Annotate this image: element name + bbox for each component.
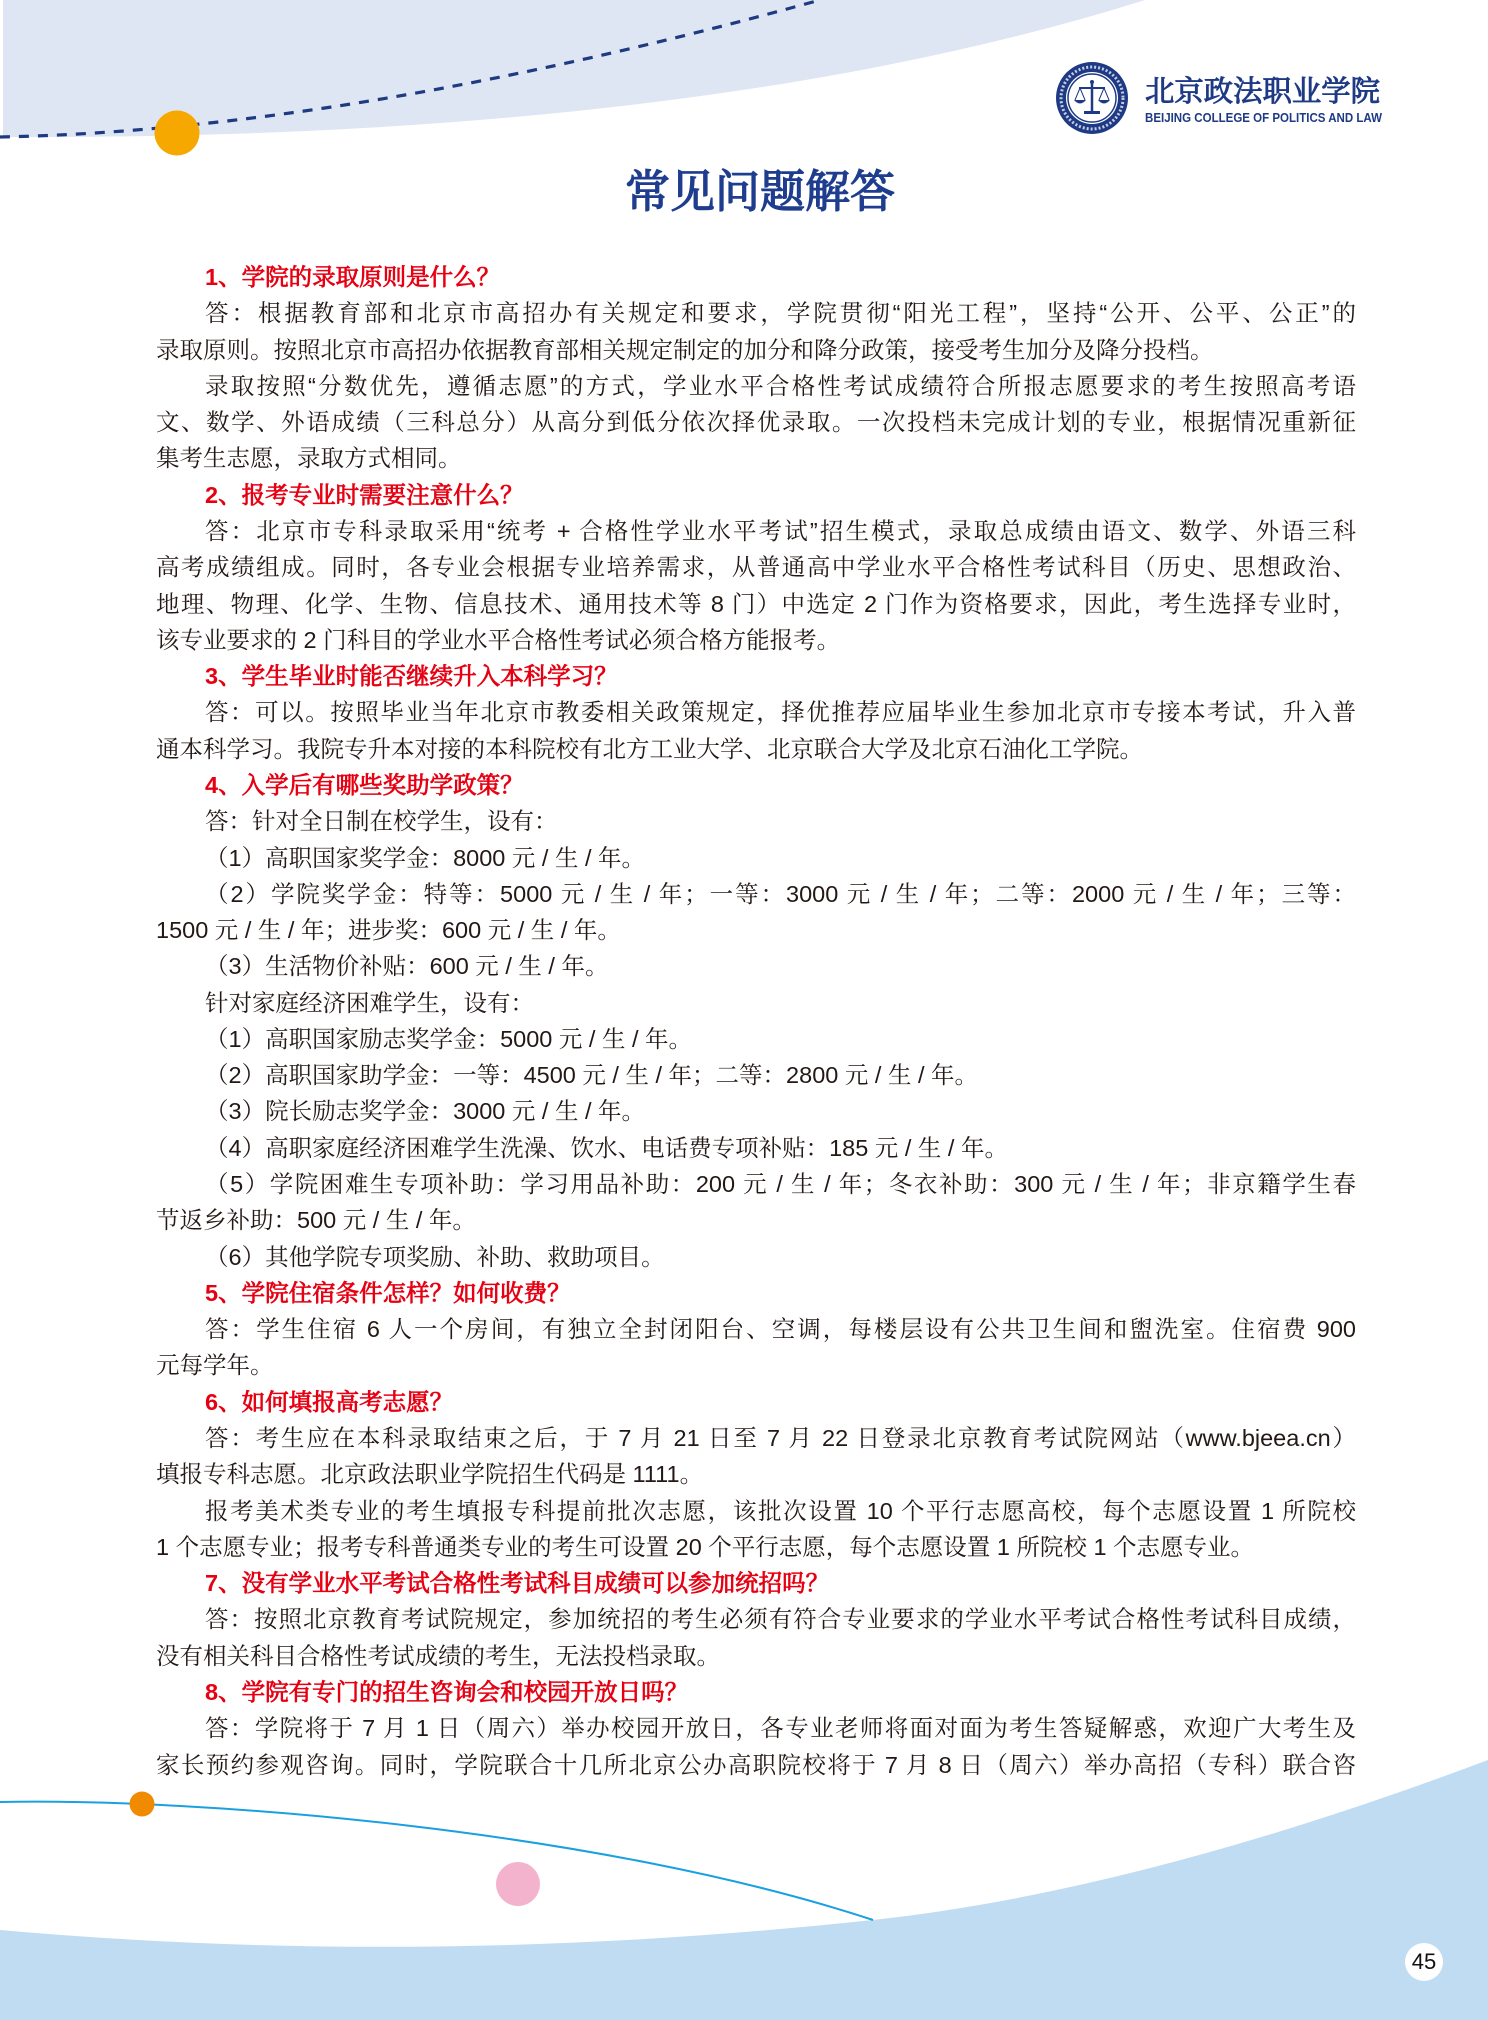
- bottom-wave-shape: [0, 1760, 1488, 2020]
- answer-line: 元每学年。: [156, 1347, 1356, 1383]
- faq-item: 3、学生毕业时能否继续升入本科学习？ 答：可以。按照毕业当年北京市教委相关政策规…: [156, 658, 1356, 767]
- bottom-orange-dot: [130, 1792, 155, 1817]
- scholarship-item: （1）高职国家奖学金：8000 元 / 生 / 年。: [156, 840, 1356, 876]
- faq-item: 5、学院住宿条件怎样？如何收费？ 答：学生住宿 6 人一个房间，有独立全封闭阳台…: [156, 1275, 1356, 1384]
- question-heading: 6、如何填报高考志愿？: [156, 1384, 1356, 1420]
- question-heading: 4、入学后有哪些奖助学政策？: [156, 767, 1356, 803]
- answer-line: 集考生志愿，录取方式相同。: [156, 440, 1356, 476]
- scholarship-item: （2）学院奖学金：特等：5000 元 / 生 / 年；一等：3000 元 / 生…: [156, 876, 1356, 912]
- aid-item: （6）其他学院专项奖励、补助、救助项目。: [156, 1239, 1356, 1275]
- bottom-thin-curve: [0, 1802, 873, 1920]
- answer-line: 录取原则。按照北京市高招办依据教育部相关规定制定的加分和降分政策，接受考生加分及…: [156, 332, 1356, 368]
- aid-item: （3）院长励志奖学金：3000 元 / 生 / 年。: [156, 1093, 1356, 1129]
- scholarship-item: （3）生活物价补贴：600 元 / 生 / 年。: [156, 948, 1356, 984]
- page-number: 45: [1405, 1943, 1443, 1981]
- answer-line: 地理、物理、化学、生物、信息技术、通用技术等 8 门）中选定 2 门作为资格要求…: [156, 586, 1356, 622]
- answer-line: 报考美术类专业的考生填报专科提前批次志愿，该批次设置 10 个平行志愿高校，每个…: [156, 1493, 1356, 1529]
- answer-line: 文、数学、外语成绩（三科总分）从高分到低分依次择优录取。一次投档未完成计划的专业…: [156, 404, 1356, 440]
- answer-line: 该专业要求的 2 门科目的学业水平合格性考试必须合格方能报考。: [156, 622, 1356, 658]
- answer-line: 没有相关科目合格性考试成绩的考生，无法投档录取。: [156, 1638, 1356, 1674]
- answer-line: 高考成绩组成。同时，各专业会根据专业培养需求，从普通高中学业水平合格性考试科目（…: [156, 549, 1356, 585]
- answer-line: 答：北京市专科录取采用“统考 + 合格性学业水平考试”招生模式，录取总成绩由语文…: [156, 513, 1356, 549]
- question-heading: 3、学生毕业时能否继续升入本科学习？: [156, 658, 1356, 694]
- answer-line: 答：学生住宿 6 人一个房间，有独立全封闭阳台、空调，每楼层设有公共卫生间和盥洗…: [156, 1311, 1356, 1347]
- aid-item: 节返乡补助：500 元 / 生 / 年。: [156, 1202, 1356, 1238]
- answer-line: 1 个志愿专业；报考专科普通类专业的考生可设置 20 个平行志愿，每个志愿设置 …: [156, 1529, 1356, 1565]
- faq-item: 6、如何填报高考志愿？ 答：考生应在本科录取结束之后，于 7 月 21 日至 7…: [156, 1384, 1356, 1565]
- page-title: 常见问题解答: [600, 169, 920, 214]
- question-heading: 8、学院有专门的招生咨询会和校园开放日吗？: [156, 1674, 1356, 1710]
- faq-content: 1、学院的录取原则是什么？ 答：根据教育部和北京市高招办有关规定和要求，学院贯彻…: [156, 259, 1356, 1783]
- faq-item: 1、学院的录取原则是什么？ 答：根据教育部和北京市高招办有关规定和要求，学院贯彻…: [156, 259, 1356, 477]
- pink-dot: [496, 1862, 540, 1906]
- faq-item: 2、报考专业时需要注意什么？ 答：北京市专科录取采用“统考 + 合格性学业水平考…: [156, 477, 1356, 658]
- answer-line: 家长预约参观咨询。同时，学院联合十几所北京公办高职院校将于 7 月 8 日（周六…: [156, 1747, 1356, 1783]
- question-heading: 2、报考专业时需要注意什么？: [156, 477, 1356, 513]
- aid-item: （2）高职国家助学金：一等：4500 元 / 生 / 年；二等：2800 元 /…: [156, 1057, 1356, 1093]
- answer-line: 通本科学习。我院专升本对接的本科院校有北方工业大学、北京联合大学及北京石油化工学…: [156, 731, 1356, 767]
- college-logo: 北京政法职业学院 BEIJING COLLEGE OF POLITICS AND…: [1050, 55, 1420, 145]
- scholarship-item: 1500 元 / 生 / 年；进步奖：600 元 / 生 / 年。: [156, 912, 1356, 948]
- answer-line: 答：按照北京教育考试院规定，参加统招的考生必须有符合专业要求的学业水平考试合格性…: [156, 1601, 1356, 1637]
- scales-of-justice-emblem-icon: [1056, 62, 1128, 134]
- answer-line: 针对家庭经济困难学生，设有：: [156, 985, 1356, 1021]
- faq-item: 7、没有学业水平考试合格性考试科目成绩可以参加统招吗？ 答：按照北京教育考试院规…: [156, 1565, 1356, 1674]
- answer-line: 答：可以。按照毕业当年北京市教委相关政策规定，择优推荐应届毕业生参加北京市专接本…: [156, 694, 1356, 730]
- answer-line: 答：学院将于 7 月 1 日（周六）举办校园开放日，各专业老师将面对面为考生答疑…: [156, 1710, 1356, 1746]
- answer-line: 答：考生应在本科录取结束之后，于 7 月 21 日至 7 月 22 日登录北京教…: [156, 1420, 1356, 1456]
- question-heading: 5、学院住宿条件怎样？如何收费？: [156, 1275, 1356, 1311]
- answer-line: 填报专科志愿。北京政法职业学院招生代码是 1111。: [156, 1456, 1356, 1492]
- answer-line: 答：根据教育部和北京市高招办有关规定和要求，学院贯彻“阳光工程”，坚持“公开、公…: [156, 295, 1356, 331]
- college-name-en: BEIJING COLLEGE OF POLITICS AND LAW: [1145, 110, 1383, 125]
- question-heading: 7、没有学业水平考试合格性考试科目成绩可以参加统招吗？: [156, 1565, 1356, 1601]
- top-orange-dot: [155, 111, 200, 156]
- faq-item: 4、入学后有哪些奖助学政策？ 答：针对全日制在校学生，设有： （1）高职国家奖学…: [156, 767, 1356, 1275]
- college-name-cn: 北京政法职业学院: [1145, 74, 1380, 108]
- aid-item: （4）高职家庭经济困难学生洗澡、饮水、电话费专项补贴：185 元 / 生 / 年…: [156, 1130, 1356, 1166]
- aid-item: （1）高职国家励志奖学金：5000 元 / 生 / 年。: [156, 1021, 1356, 1057]
- answer-line: 答：针对全日制在校学生，设有：: [156, 803, 1356, 839]
- answer-line: 录取按照“分数优先，遵循志愿”的方式，学业水平合格性考试成绩符合所报志愿要求的考…: [156, 368, 1356, 404]
- aid-item: （5）学院困难生专项补助：学习用品补助：200 元 / 生 / 年；冬衣补助：3…: [156, 1166, 1356, 1202]
- faq-item: 8、学院有专门的招生咨询会和校园开放日吗？ 答：学院将于 7 月 1 日（周六）…: [156, 1674, 1356, 1783]
- question-heading: 1、学院的录取原则是什么？: [156, 259, 1356, 295]
